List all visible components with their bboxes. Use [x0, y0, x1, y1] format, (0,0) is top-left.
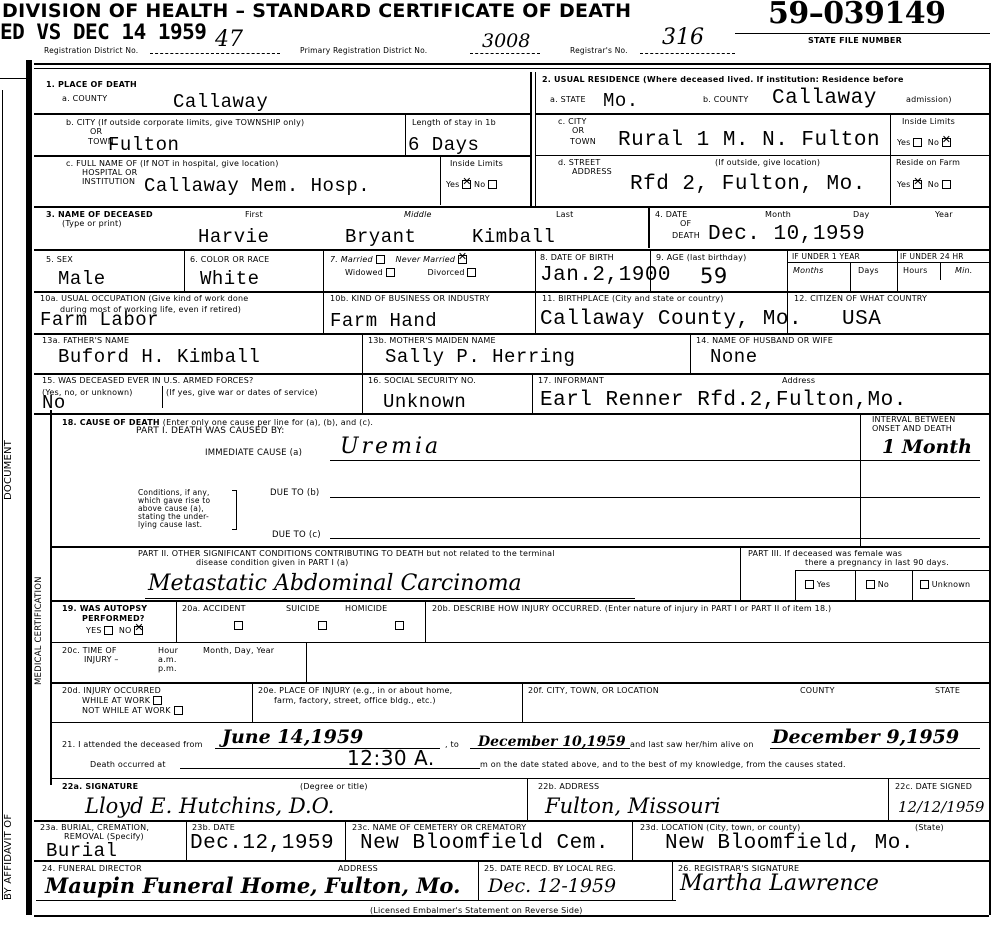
part3-label: PART III. If deceased was female was: [748, 549, 902, 558]
residence-city-label: c. CITY: [558, 117, 587, 126]
ssn-label: 16. SOCIAL SECURITY NO.: [368, 376, 476, 385]
injury-state-label: STATE: [935, 686, 960, 695]
hospital-value: Callaway Mem. Hosp.: [144, 176, 370, 196]
certificate-title: DIVISION OF HEALTH – STANDARD CERTIFICAT…: [2, 0, 631, 22]
armed-forces-value: No: [42, 393, 66, 413]
certifier-address-label: 22b. ADDRESS: [538, 782, 599, 791]
not-while-at-work: NOT WHILE AT WORK: [82, 706, 183, 715]
city-or-label: OR: [90, 127, 102, 136]
farm-yes-checkbox[interactable]: [913, 180, 922, 189]
dob-value: Jan.2,1900: [540, 266, 671, 286]
while-at-work-checkbox[interactable]: [153, 696, 162, 705]
residence-inside-limits-options: Yes No: [897, 138, 951, 147]
residence-state-value: Mo.: [603, 91, 639, 111]
last-saw-value: December 9,1959: [772, 727, 959, 747]
armed-forces-note2: (If yes, give war or dates of service): [166, 388, 318, 397]
under-1-year-label: IF UNDER 1 YEAR: [792, 252, 860, 261]
interval-label2: ONSET AND DEATH: [872, 424, 952, 433]
residence-city-town: TOWN: [570, 137, 596, 146]
funeral-address-label: ADDRESS: [338, 864, 378, 873]
sex-value: Male: [58, 269, 106, 289]
residence-county-value: Callaway: [772, 89, 877, 109]
death-city-value: Fulton: [108, 135, 179, 155]
spouse-value: None: [710, 347, 758, 367]
primary-registration-district-value: 3008: [482, 31, 530, 51]
divorced-checkbox[interactable]: [467, 268, 476, 277]
due-to-b-label: DUE TO (b): [270, 489, 319, 498]
birthplace-label: 11. BIRTHPLACE (City and state or countr…: [542, 294, 724, 303]
mother-value: Sally P. Herring: [385, 347, 575, 367]
farm-label: Reside on Farm: [896, 158, 960, 167]
registration-district-value: 47: [215, 30, 243, 50]
age-label: 9. AGE (last birthday): [656, 253, 746, 262]
time-of-injury-label: 20c. TIME OF: [62, 646, 117, 655]
marital-status-row2: Widowed Divorced: [345, 268, 476, 277]
death-occurred-label: Death occurred at: [90, 760, 166, 769]
date-of-death-value: Dec. 10,1959: [708, 225, 865, 245]
place-of-injury-label2: farm, factory, street, office bldg., etc…: [274, 696, 436, 705]
armed-forces-label: 15. WAS DECEASED EVER IN U.S. ARMED FORC…: [42, 376, 253, 385]
ssn-value: Unknown: [383, 392, 466, 412]
burial-type-label: 23a. BURIAL, CREMATION,: [40, 823, 149, 832]
part2-label2: disease condition given in PART I (a): [196, 558, 349, 567]
residence-inside-yes-checkbox[interactable]: [913, 138, 922, 147]
inside-limits-yes-checkbox[interactable]: [462, 180, 471, 189]
homicide-label: HOMICIDE: [345, 604, 387, 613]
length-of-stay-value: 6 Days: [408, 135, 479, 155]
cemetery-label: 23c. NAME OF CEMETERY OR CREMATORY: [352, 823, 526, 832]
hours-label: Hours: [903, 266, 927, 275]
burial-location-value: New Bloomfield, Mo.: [665, 834, 914, 854]
burial-state-label: (State): [915, 823, 944, 832]
first-name-label: First: [245, 210, 263, 219]
signature-label: 22a. SIGNATURE: [62, 782, 138, 791]
conditions-note: Conditions, if any, which gave rise to a…: [138, 489, 210, 529]
informant-value: Earl Renner Rfd.2,Fulton,Mo.: [540, 391, 907, 411]
marital-status: 7. Married Never Married: [330, 255, 467, 264]
side-label-document: DOCUMENT: [4, 440, 13, 500]
part2-value: Metastatic Abdominal Carcinoma: [148, 574, 522, 594]
date-signed-label: 22c. DATE SIGNED: [895, 782, 972, 791]
primary-registration-district-label: Primary Registration District No.: [300, 46, 427, 55]
injury-county-label: COUNTY: [800, 686, 835, 695]
inside-limits-no-checkbox[interactable]: [488, 180, 497, 189]
under-24-hr-label: IF UNDER 24 HR: [900, 252, 964, 261]
funeral-director-label: 24. FUNERAL DIRECTOR: [42, 864, 142, 873]
occupation-value: Farm Labor: [40, 310, 159, 330]
day-label: Day: [853, 210, 869, 219]
race-value: White: [200, 269, 260, 289]
burial-location-label: 23d. LOCATION (City, town, or county): [640, 823, 801, 832]
last-name-label: Last: [556, 210, 573, 219]
residence-inside-limits-label: Inside Limits: [902, 117, 955, 126]
street-label: d. STREET: [558, 158, 600, 167]
pregnancy-unknown-checkbox[interactable]: [920, 580, 929, 589]
suicide-checkbox[interactable]: [318, 621, 327, 630]
side-label-by-affidavit: BY AFFIDAVIT OF: [4, 814, 13, 900]
autopsy-yes-checkbox[interactable]: [104, 626, 113, 635]
residence-city-value: Rural 1 M. N. Fulton: [618, 131, 880, 151]
inside-limits-options: Yes No: [446, 180, 497, 189]
widowed-checkbox[interactable]: [386, 268, 395, 277]
registration-district-label: Registration District No.: [44, 46, 138, 55]
pregnancy-unknown: Unknown: [920, 580, 970, 589]
middle-name-label: Middle: [404, 210, 432, 219]
interval-label: INTERVAL BETWEEN: [872, 415, 955, 424]
certifier-address-value: Fulton, Missouri: [545, 796, 720, 816]
attended-from-value: June 14,1959: [222, 727, 363, 747]
farm-options: Yes No: [897, 180, 951, 189]
immediate-cause-value: Uremia: [340, 437, 441, 457]
name-sub-label: (Type or print): [62, 219, 122, 228]
part2-label: PART II. OTHER SIGNIFICANT CONDITIONS CO…: [138, 549, 555, 558]
married-checkbox[interactable]: [376, 255, 385, 264]
never-married-checkbox[interactable]: [458, 255, 467, 264]
injury-city-label: 20f. CITY, TOWN, OR LOCATION: [528, 686, 659, 695]
father-label: 13a. FATHER'S NAME: [42, 336, 129, 345]
name-of-deceased-label: 3. NAME OF DECEASED: [46, 210, 153, 219]
city-label: b. CITY (If outside corporate limits, gi…: [66, 118, 304, 127]
death-occurred-tail: m on the date stated above, and to the b…: [480, 760, 846, 769]
pregnancy-yes-checkbox[interactable]: [805, 580, 814, 589]
state-file-number: 59–039149: [768, 0, 946, 31]
pregnancy-no-checkbox[interactable]: [866, 580, 875, 589]
burial-date-label: 23b. DATE: [192, 823, 235, 832]
informant-label: 17. INFORMANT: [538, 376, 604, 385]
farm-no-checkbox[interactable]: [942, 180, 951, 189]
embalmer-note: (Licensed Embalmer's Statement on Revers…: [370, 906, 583, 915]
street-value: Rfd 2, Fulton, Mo.: [630, 175, 866, 195]
describe-injury-label: 20b. DESCRIBE HOW INJURY OCCURRED. (Ente…: [432, 604, 831, 613]
middle-name-value: Bryant: [345, 227, 416, 247]
date-of-death-death: DEATH: [672, 231, 700, 240]
pm-label: p.m.: [158, 664, 177, 673]
county-label: a. COUNTY: [62, 94, 107, 103]
burial-type-value: Burial: [46, 841, 117, 861]
residence-state-label: a. STATE: [550, 95, 586, 104]
date-of-death-of: OF: [680, 219, 691, 228]
registrars-no-value: 316: [662, 28, 704, 48]
sex-label: 5. SEX: [46, 255, 73, 264]
death-time-value: 12:30 A.: [347, 748, 435, 768]
min-label: Min.: [955, 266, 973, 275]
date-recd-label: 25. DATE RECD. BY LOCAL REG.: [484, 864, 616, 873]
pregnancy-yes: Yes: [805, 580, 830, 589]
state-file-number-label: STATE FILE NUMBER: [808, 36, 902, 45]
part1-label: PART I. DEATH WAS CAUSED BY:: [136, 427, 285, 436]
age-value: 59: [700, 266, 728, 286]
date-signed-value: 12/12/1959: [898, 797, 984, 817]
place-of-injury-label: 20e. PLACE OF INJURY (e.g., in or about …: [258, 686, 452, 695]
date-recd-value: Dec. 12-1959: [488, 876, 616, 896]
informant-address-label: Address: [782, 376, 815, 385]
left-margin-bar: [26, 60, 32, 915]
registrar-signature-value: Martha Lawrence: [680, 874, 879, 894]
usual-residence-label: 2. USUAL RESIDENCE (Where deceased lived…: [542, 75, 904, 84]
occupation-label-row: 10a. USUAL OCCUPATION (Give kind of work…: [40, 294, 248, 303]
days-label: Days: [858, 266, 879, 275]
funeral-director-value: Maupin Funeral Home, Fulton, Mo.: [45, 876, 460, 896]
hospital-label: c. FULL NAME OF (If NOT in hospital, giv…: [66, 159, 279, 168]
citizen-label: 12. CITIZEN OF WHAT COUNTRY: [794, 294, 927, 303]
inside-limits-label: Inside Limits: [450, 159, 503, 168]
certifier-signature: Lloyd E. Hutchins, D.O.: [85, 796, 334, 816]
month-day-year-label: Month, Day, Year: [203, 646, 274, 655]
registrars-no-label: Registrar's No.: [570, 46, 628, 55]
accident-checkbox[interactable]: [234, 621, 243, 630]
last-saw-label: and last saw her/him alive on: [630, 740, 754, 749]
street-address-label: ADDRESS: [572, 167, 612, 176]
injury-at-work-label: 20d. INJURY OCCURRED: [62, 686, 161, 695]
residence-county-label: b. COUNTY: [703, 95, 748, 104]
burial-date-value: Dec.12,1959: [190, 834, 334, 854]
to-label: , to: [445, 740, 459, 749]
residence-inside-no-checkbox[interactable]: [942, 138, 951, 147]
hour-label: Hour: [158, 646, 178, 655]
father-value: Buford H. Kimball: [58, 347, 260, 367]
admission-note: admission): [906, 95, 952, 104]
interval-value: 1 Month: [882, 437, 972, 457]
received-stamp: ED VS DEC 14 1959: [0, 20, 206, 44]
industry-value: Farm Hand: [330, 311, 437, 331]
first-name-value: Harvie: [198, 227, 269, 247]
immediate-cause-label: IMMEDIATE CAUSE (a): [205, 449, 302, 458]
am-label: a.m.: [158, 655, 177, 664]
mother-label: 13b. MOTHER'S MAIDEN NAME: [368, 336, 496, 345]
industry-label: 10b. KIND OF BUSINESS OR INDUSTRY: [330, 294, 490, 303]
not-while-at-work-checkbox[interactable]: [174, 706, 183, 715]
street-note: (If outside, give location): [715, 158, 820, 167]
dob-label: 8. DATE OF BIRTH: [540, 253, 614, 262]
spouse-label: 14. NAME OF HUSBAND OR WIFE: [696, 336, 833, 345]
side-label-medical-certification: MEDICAL CERTIFICATION: [35, 576, 44, 685]
time-of-injury-label2: INJURY –: [84, 655, 119, 664]
hospital-or-label: HOSPITAL OR: [82, 168, 137, 177]
month-label: Month: [765, 210, 791, 219]
last-name-value: Kimball: [472, 227, 555, 247]
suicide-label: SUICIDE: [286, 604, 320, 613]
attended-label: 21. I attended the deceased from: [62, 740, 203, 749]
autopsy-label: 19. WAS AUTOPSY: [62, 604, 147, 613]
citizen-value: USA: [842, 310, 881, 330]
while-at-work: WHILE AT WORK: [82, 696, 162, 705]
cemetery-value: New Bloomfield Cem.: [360, 834, 609, 854]
length-of-stay-label: Length of stay in 1b: [412, 118, 496, 127]
pregnancy-no: No: [866, 580, 889, 589]
due-to-c-label: DUE TO (c): [272, 531, 321, 540]
death-county-value: Callaway: [173, 92, 268, 112]
date-of-death-label: 4. DATE: [655, 210, 687, 219]
attended-to-value: December 10,1959: [478, 732, 626, 752]
autopsy-no-checkbox[interactable]: [134, 626, 143, 635]
accident-label: 20a. ACCIDENT: [182, 604, 246, 613]
months-label: Months: [793, 266, 823, 275]
residence-city-or: OR: [572, 126, 584, 135]
degree-label: (Degree or title): [300, 782, 368, 791]
homicide-checkbox[interactable]: [395, 621, 404, 630]
year-label: Year: [935, 210, 953, 219]
place-of-death-label: 1. PLACE OF DEATH: [46, 80, 137, 89]
part3-label2: there a pregnancy in last 90 days.: [805, 558, 949, 567]
institution-label: INSTITUTION: [82, 177, 135, 186]
autopsy-options: YES NO: [86, 626, 143, 635]
birthplace-value: Callaway County, Mo.: [540, 310, 802, 330]
race-label: 6. COLOR OR RACE: [190, 255, 269, 264]
